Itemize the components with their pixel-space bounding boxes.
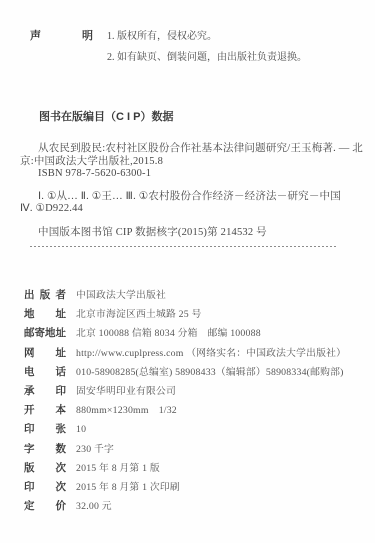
- table-row: 定价 32.00 元: [24, 498, 364, 517]
- row-value-word-count: 230 千字: [76, 441, 114, 455]
- declaration-label: 声明: [30, 26, 93, 47]
- declaration-item-2: 2. 如有缺页、倒装问题，由出版社负责退换。: [107, 47, 307, 68]
- cip-classification-line-1: Ⅰ. ①从… Ⅱ. ①王… Ⅲ. ①农村股份合作经济－经济法－研究－中国: [20, 191, 355, 204]
- row-value-edition: 2015 年 8 月第 1 版: [76, 460, 160, 474]
- row-value-publisher: 中国政法大学出版社: [76, 287, 166, 301]
- row-value-mailing-address: 北京 100088 信箱 8034 分箱 邮编 100088: [76, 325, 261, 339]
- table-row: 电话 010-58908285(总编室) 58908433（编辑部）589083…: [24, 364, 364, 383]
- cip-isbn: ISBN 978-7-5620-6300-1: [20, 168, 355, 181]
- table-row: 出版者 中国政法大学出版社: [24, 287, 364, 306]
- cip-title-line-2: 京:中国政法大学出版社,2015.8: [20, 156, 355, 169]
- row-value-address: 北京市海淀区西土城路 25 号: [76, 306, 201, 320]
- row-label-edition: 版次: [24, 460, 66, 475]
- cip-classification-line-2: Ⅳ. ①D922.44: [20, 203, 355, 216]
- row-label-website: 网址: [24, 345, 66, 360]
- table-row: 承印 固安华明印业有限公司: [24, 383, 364, 402]
- row-value-printing: 2015 年 8 月第 1 次印刷: [76, 479, 180, 493]
- row-label-word-count: 字数: [24, 441, 66, 456]
- table-row: 印次 2015 年 8 月第 1 次印刷: [24, 479, 364, 498]
- table-row: 开本 880mm×1230mm 1/32: [24, 402, 364, 421]
- row-value-price: 32.00 元: [76, 498, 112, 512]
- row-label-sheets: 印张: [24, 421, 66, 436]
- row-label-printer: 承印: [24, 383, 66, 398]
- table-row: 邮寄地址 北京 100088 信箱 8034 分箱 邮编 100088: [24, 325, 364, 344]
- colophon-table: 出版者 中国政法大学出版社 地址 北京市海淀区西土城路 25 号 邮寄地址 北京…: [24, 287, 364, 517]
- cip-record-number: 中国版本图书馆 CIP 数据核字(2015)第 214532 号: [20, 227, 355, 240]
- row-value-format: 880mm×1230mm 1/32: [76, 402, 177, 416]
- cip-heading: 图书在版编目（C I P）数据: [39, 110, 355, 124]
- row-label-format: 开本: [24, 402, 66, 417]
- cip-title-line-1: 从农民到股民:农村社区股份合作社基本法律问题研究/王玉梅著. — 北: [20, 143, 355, 156]
- table-row: 版次 2015 年 8 月第 1 版: [24, 460, 364, 479]
- declaration-items: 1. 版权所有，侵权必究。 2. 如有缺页、倒装问题，由出版社负责退换。: [107, 26, 307, 68]
- table-row: 印张 10: [24, 421, 364, 440]
- declaration-item-1: 1. 版权所有，侵权必究。: [107, 26, 307, 47]
- cip-section: 图书在版编目（C I P）数据 从农民到股民:农村社区股份合作社基本法律问题研究…: [20, 110, 355, 240]
- row-value-website: http://www.cuplpress.com （网络实名：中国政法大学出版社…: [76, 345, 346, 359]
- row-value-printer: 固安华明印业有限公司: [76, 383, 176, 397]
- cip-classification: Ⅰ. ①从… Ⅱ. ①王… Ⅲ. ①农村股份合作经济－经济法－研究－中国 Ⅳ. …: [20, 191, 355, 216]
- table-row: 网址 http://www.cuplpress.com （网络实名：中国政法大学…: [24, 345, 364, 364]
- row-label-phone: 电话: [24, 364, 66, 379]
- cip-bibliographic-entry: 从农民到股民:农村社区股份合作社基本法律问题研究/王玉梅著. — 北 京:中国政…: [20, 143, 355, 181]
- book-copyright-page: 声明 1. 版权所有，侵权必究。 2. 如有缺页、倒装问题，由出版社负责退换。 …: [0, 0, 375, 543]
- dashed-divider: [30, 246, 336, 247]
- row-value-sheets: 10: [76, 424, 86, 435]
- row-label-address: 地址: [24, 306, 66, 321]
- row-label-price: 定价: [24, 498, 66, 513]
- declaration-section: 声明 1. 版权所有，侵权必究。 2. 如有缺页、倒装问题，由出版社负责退换。: [30, 26, 307, 68]
- row-label-mailing-address: 邮寄地址: [24, 325, 66, 340]
- row-label-printing: 印次: [24, 479, 66, 494]
- table-row: 地址 北京市海淀区西土城路 25 号: [24, 306, 364, 325]
- row-value-phone: 010-58908285(总编室) 58908433（编辑部）58908334(…: [76, 364, 344, 378]
- table-row: 字数 230 千字: [24, 441, 364, 460]
- row-label-publisher: 出版者: [24, 287, 66, 302]
